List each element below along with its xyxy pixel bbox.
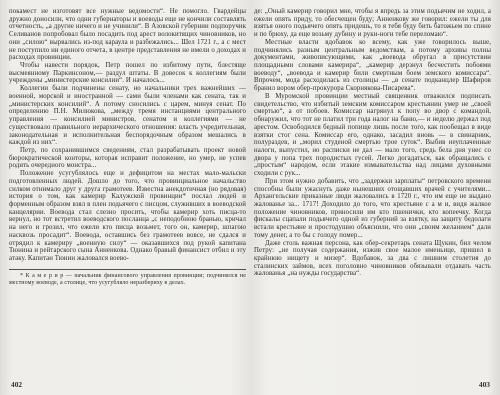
paragraph: покамест не изготовят все нужные ведомос… <box>9 8 246 62</box>
page-number-right: 403 <box>479 380 490 389</box>
paragraph: Даже столь важная персона, как обер-секр… <box>254 240 491 279</box>
paragraph: Положение усугублялось еще и дефицитом н… <box>9 170 246 263</box>
right-page: де: „Оный камерир говорил мне, чтобы я в… <box>254 8 491 278</box>
page-number-left: 402 <box>11 380 22 389</box>
paragraph: Коллегии были подчинены сенату, но начал… <box>9 85 246 147</box>
paragraph: Чтобы навести порядок, Петр пошел по изб… <box>9 62 246 85</box>
footnote-text: * К а м е р и р — начальник финансового … <box>9 273 246 287</box>
left-page: покамест не изготовят все нужные ведомос… <box>9 8 246 287</box>
paragraph: Петр, по сохранившимся сведениям, стал р… <box>9 147 246 170</box>
paragraph: В Муромской провинции местный священник … <box>254 93 491 178</box>
paragraph: Местные власти вдобавок ко всему, как уж… <box>254 39 491 93</box>
book-spread-scan: покамест не изготовят все нужные ведомос… <box>0 0 500 395</box>
paragraph: де: „Оный камерир говорил мне, чтобы я в… <box>254 8 491 39</box>
footnote: * К а м е р и р — начальник финансового … <box>9 269 246 287</box>
paragraph: При этом нужно добавить, что „задержки з… <box>254 178 491 240</box>
